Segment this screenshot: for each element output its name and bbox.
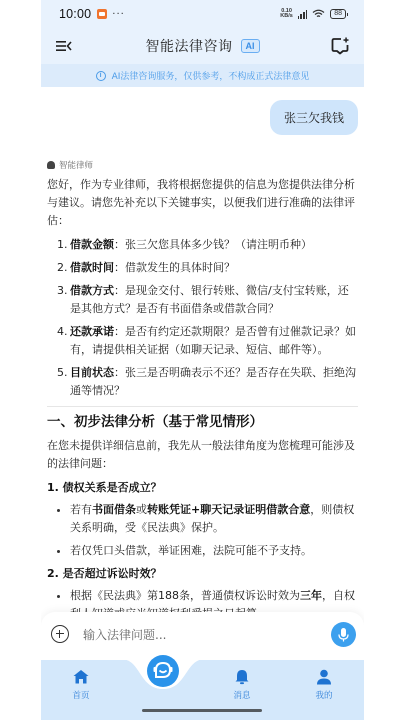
divider <box>47 406 358 407</box>
bottom-tab-bar: 首页 消息 我的 <box>41 660 364 720</box>
user-icon <box>316 669 332 685</box>
microphone-icon <box>331 622 356 647</box>
screen-record-icon <box>97 9 107 19</box>
question-item: 2.借款时间：借款发生的具体时间？ <box>57 259 358 277</box>
input-bar <box>41 612 364 660</box>
chat-area[interactable]: 张三欠我钱 智能律师 您好，作为专业律师，我将根据您提供的信息为您提供法律分析与… <box>41 87 364 617</box>
tab-profile[interactable]: 我的 <box>294 669 354 701</box>
bell-icon <box>234 669 250 685</box>
tab-home-label: 首页 <box>72 691 89 701</box>
voice-input-button[interactable] <box>331 622 356 647</box>
bullet-item: 若仅凭口头借款，举证困难，法院可能不予支持。 <box>57 542 358 560</box>
bot-label: 智能律师 <box>47 159 93 171</box>
status-time: 10:00 <box>59 7 91 21</box>
bot-intro: 您好，作为专业律师，我将根据您提供的信息为您提供法律分析与建议。请您先补充以下关… <box>47 176 358 230</box>
bot-name: 智能律师 <box>59 159 93 171</box>
battery-icon: 88 <box>330 9 346 19</box>
chat-bot-icon <box>147 655 179 687</box>
tab-ai-chat[interactable] <box>147 655 179 687</box>
bot-message: 您好，作为专业律师，我将根据您提供的信息为您提供法律分析与建议。请您先补充以下关… <box>47 176 358 617</box>
question-item: 5.目前状态：张三是否明确表示不还？是否存在失联、拒绝沟通等情况？ <box>57 364 358 400</box>
question-list: 1.借款金额：张三欠您具体多少钱？（请注明币种） 2.借款时间：借款发生的具体时… <box>47 236 358 400</box>
new-chat-icon[interactable] <box>330 36 350 56</box>
net-speed: 0.10 KB/s <box>280 9 293 20</box>
status-bar: 10:00 ··· 0.10 KB/s 88 <box>41 0 364 28</box>
plus-circle-icon[interactable] <box>51 625 69 643</box>
tab-messages[interactable]: 消息 <box>212 669 272 701</box>
question-item: 1.借款金额：张三欠您具体多少钱？（请注明币种） <box>57 236 358 254</box>
section-title: 一、初步法律分析（基于常见情形） <box>47 413 358 431</box>
signal-icon <box>298 10 307 19</box>
page-title: 智能法律咨询 <box>146 36 233 56</box>
subsection-title: 2. 是否超过诉讼时效？ <box>47 565 358 583</box>
section-intro: 在您未提供详细信息前，我先从一般法律角度为您梳理可能涉及的法律问题： <box>47 437 358 473</box>
bot-avatar-icon <box>47 161 55 169</box>
user-message: 张三欠我钱 <box>270 100 358 135</box>
bullet-item: 若有书面借条或转账凭证+聊天记录证明借款合意，则债权关系明确，受《民法典》保护。 <box>57 501 358 537</box>
tab-messages-label: 消息 <box>233 691 250 701</box>
phone-screen: 10:00 ··· 0.10 KB/s 88 智能法律咨询 <box>41 0 364 720</box>
subsection-title: 1. 债权关系是否成立？ <box>47 479 358 497</box>
question-input[interactable] <box>83 624 313 646</box>
question-item: 3.借款方式：是现金交付、银行转账、微信/支付宝转账，还是其他方式？是否有书面借… <box>57 282 358 318</box>
home-indicator[interactable] <box>142 709 262 712</box>
menu-collapse-icon[interactable] <box>55 37 73 55</box>
wifi-icon <box>312 9 325 19</box>
info-icon: i <box>96 71 106 81</box>
ai-badge: AI <box>241 39 260 53</box>
tab-profile-label: 我的 <box>315 691 332 701</box>
tab-home[interactable]: 首页 <box>51 669 111 701</box>
disclaimer-text: AI法律咨询服务，仅供参考，不构成正式法律意见 <box>112 69 310 82</box>
home-icon <box>73 669 89 685</box>
bullet-list: 若有书面借条或转账凭证+聊天记录证明借款合意，则债权关系明确，受《民法典》保护。… <box>47 501 358 560</box>
question-item: 4.还款承诺：是否有约定还款期限？是否曾有过催款记录？如有，请提供相关证据（如聊… <box>57 323 358 359</box>
disclaimer-banner: i AI法律咨询服务，仅供参考，不构成正式法律意见 <box>41 64 364 87</box>
app-header: 智能法律咨询 AI <box>41 28 364 64</box>
more-notifications-icon: ··· <box>112 9 125 20</box>
